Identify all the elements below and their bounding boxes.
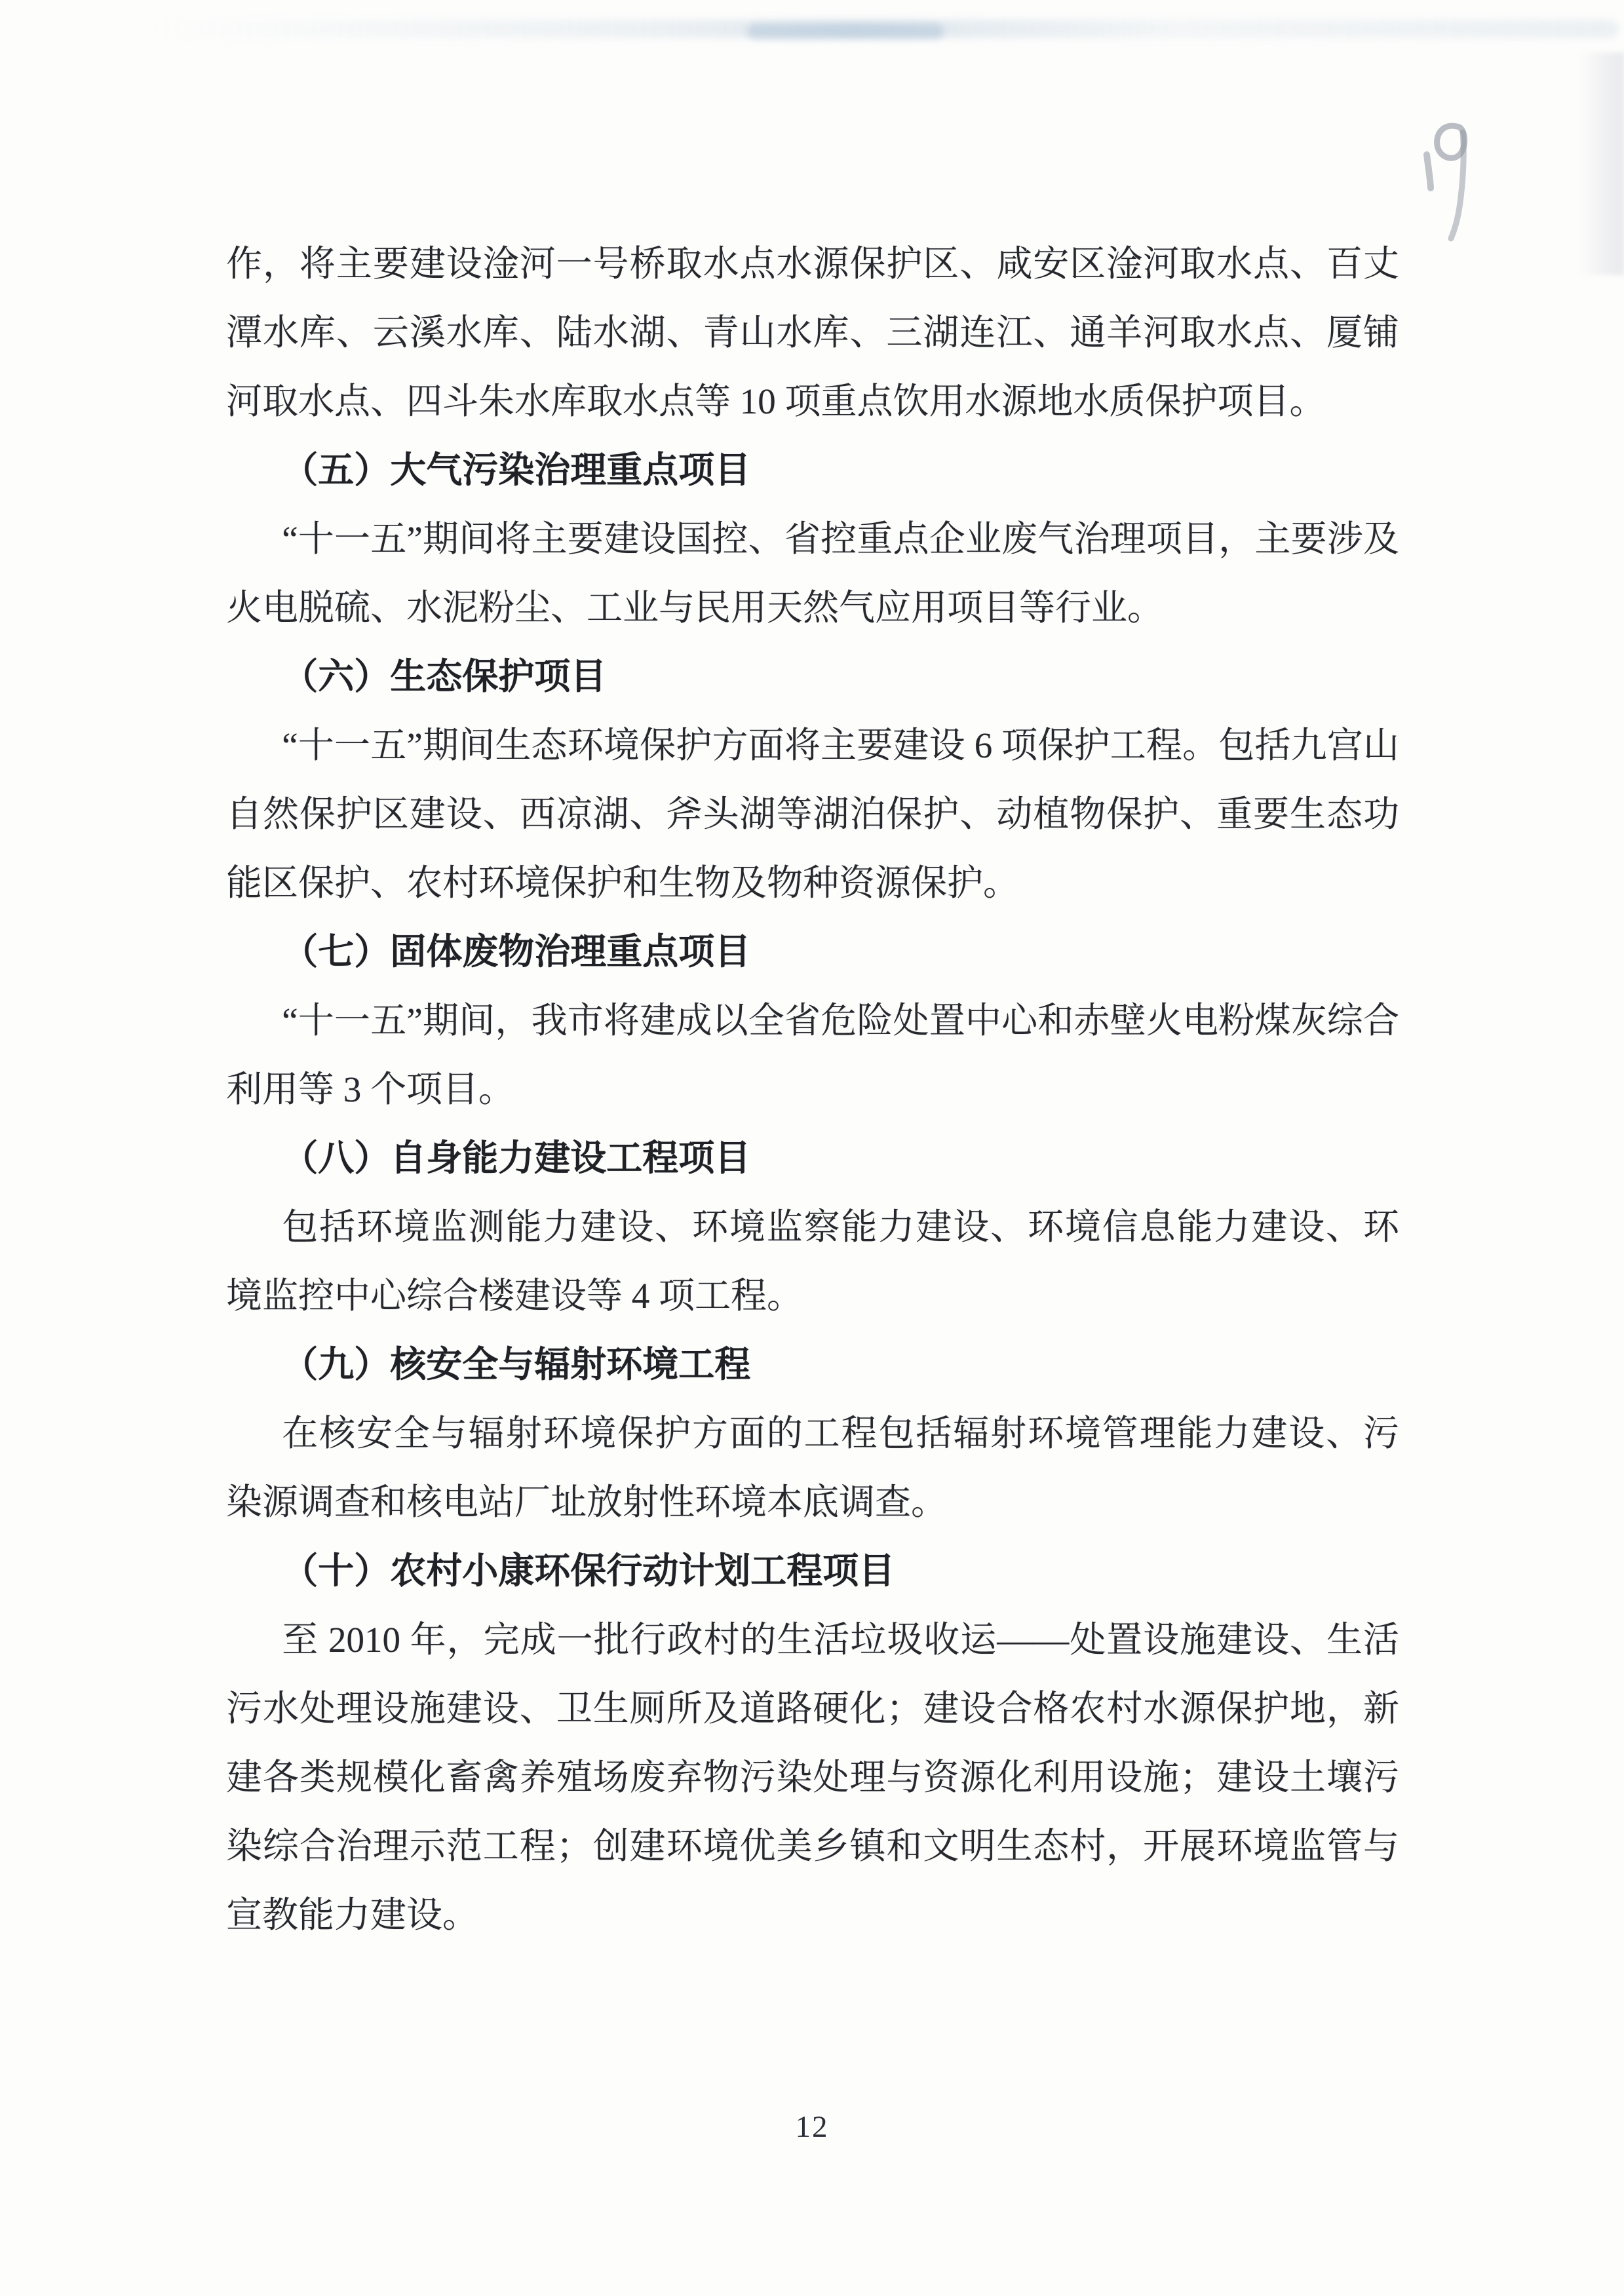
section-heading: （十）农村小康环保行动计划工程项目 [226, 1537, 1399, 1605]
section-heading: （九）核安全与辐射环境工程 [226, 1330, 1399, 1399]
section-heading: （七）固体废物治理重点项目 [226, 917, 1399, 986]
scan-smudge-artifact [747, 24, 944, 39]
body-paragraph: 在核安全与辐射环境保护方面的工程包括辐射环境管理能力建设、污染源调查和核电站厂址… [226, 1399, 1399, 1537]
document-body: 作，将主要建设淦河一号桥取水点水源保护区、咸安区淦河取水点、百丈潭水库、云溪水库… [226, 229, 1399, 1949]
body-paragraph: “十一五”期间，我市将建成以全省危险处置中心和赤壁火电粉煤灰综合利用等 3 个项… [226, 986, 1399, 1124]
section-heading: （八）自身能力建设工程项目 [226, 1124, 1399, 1193]
section-heading: （五）大气污染治理重点项目 [226, 436, 1399, 505]
body-paragraph: 包括环境监测能力建设、环境监察能力建设、环境信息能力建设、环境监控中心综合楼建设… [226, 1193, 1399, 1330]
body-paragraph: 至 2010 年，完成一批行政村的生活垃圾收运——处置设施建设、生活污水处理设施… [226, 1605, 1399, 1949]
page-number: 12 [0, 2107, 1624, 2147]
body-paragraph: 作，将主要建设淦河一号桥取水点水源保护区、咸安区淦河取水点、百丈潭水库、云溪水库… [226, 229, 1399, 436]
scanned-document-page: { "document": { "blocks": [ { "kind": "p… [0, 0, 1624, 2296]
handwritten-page-annotation [1396, 98, 1488, 256]
scan-edge-shadow [1578, 52, 1624, 275]
section-heading: （六）生态保护项目 [226, 642, 1399, 711]
body-paragraph: “十一五”期间生态环境保护方面将主要建设 6 项保护工程。包括九宫山自然保护区建… [226, 711, 1399, 917]
body-paragraph: “十一五”期间将主要建设国控、省控重点企业废气治理项目，主要涉及火电脱硫、水泥粉… [226, 505, 1399, 642]
